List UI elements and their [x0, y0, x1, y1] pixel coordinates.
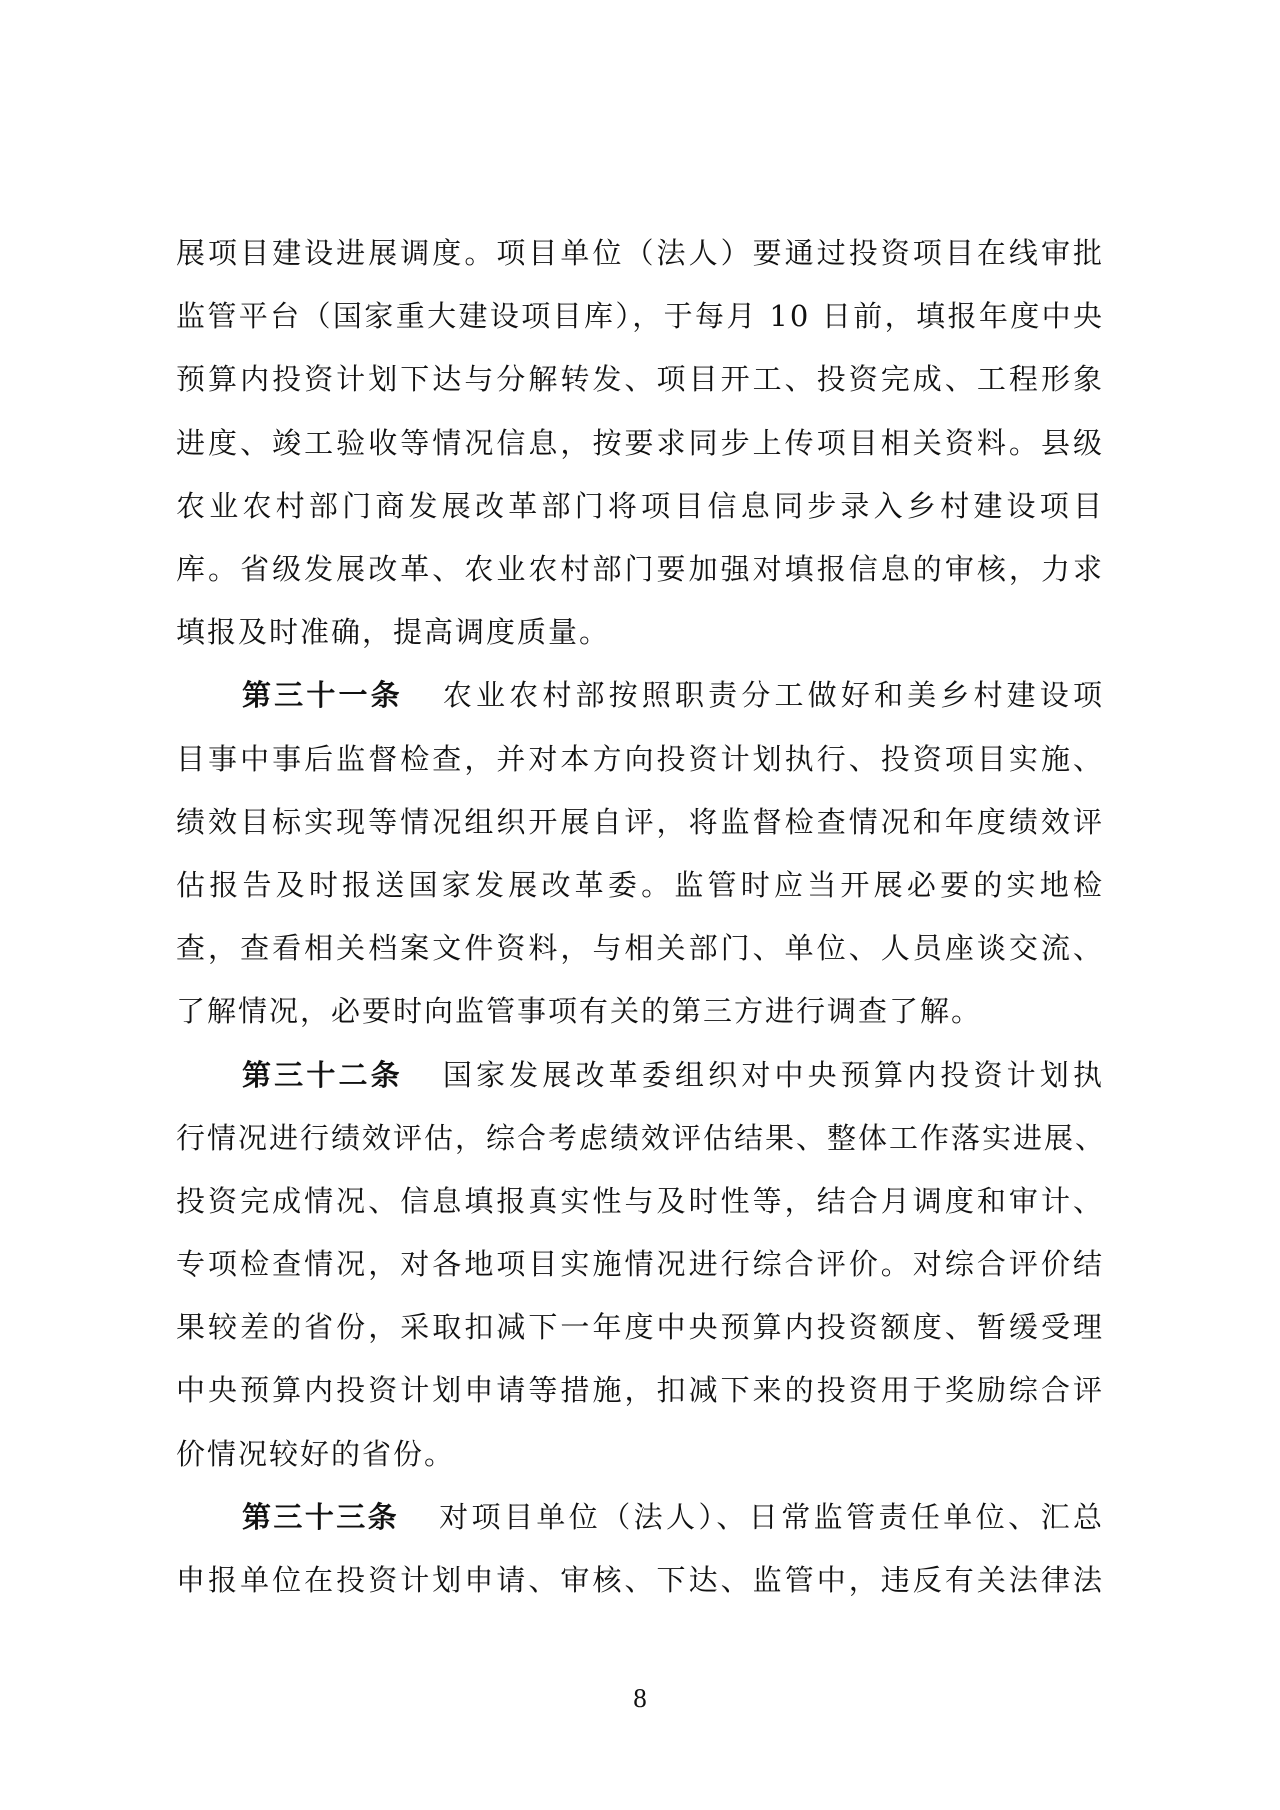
article-31-first-line: 第三十一条农业农村部按照职责分工做好和美乡村建设项 [242, 677, 1104, 713]
paragraph-line: 价情况较好的省份。 [176, 1436, 1104, 1472]
paragraph-line: 库。省级发展改革、农业农村部门要加强对填报信息的审核，力求 [176, 551, 1104, 587]
paragraph-line: 进度、竣工验收等情况信息，按要求同步上传项目相关资料。县级 [176, 425, 1104, 461]
article-text: 对项目单位（法人）、日常监管责任单位、汇总 [439, 1500, 1104, 1534]
paragraph-line: 查，查看相关档案文件资料，与相关部门、单位、人员座谈交流、 [176, 930, 1104, 966]
article-text: 农业农村部按照职责分工做好和美乡村建设项 [443, 678, 1104, 712]
paragraph-line: 中央预算内投资计划申请等措施，扣减下来的投资用于奖励综合评 [176, 1372, 1104, 1408]
page-number: 8 [620, 1682, 660, 1714]
paragraph-line: 填报及时准确，提高调度质量。 [176, 614, 1104, 650]
paragraph-line: 申报单位在投资计划申请、审核、下达、监管中，违反有关法律法 [176, 1562, 1104, 1598]
paragraph-line: 投资完成情况、信息填报真实性与及时性等，结合月调度和审计、 [176, 1183, 1104, 1219]
article-text: 国家发展改革委组织对中央预算内投资计划执 [443, 1058, 1104, 1092]
paragraph-line: 展项目建设进展调度。项目单位（法人）要通过投资项目在线审批 [176, 235, 1104, 271]
paragraph-line: 监管平台（国家重大建设项目库），于每月 10 日前，填报年度中央 [176, 298, 1104, 334]
paragraph-line: 果较差的省份，采取扣减下一年度中央预算内投资额度、暂缓受理 [176, 1309, 1104, 1345]
paragraph-line: 农业农村部门商发展改革部门将项目信息同步录入乡村建设项目 [176, 488, 1104, 524]
paragraph-line: 了解情况，必要时向监管事项有关的第三方进行调查了解。 [176, 993, 1104, 1029]
paragraph-line: 行情况进行绩效评估，综合考虑绩效评估结果、整体工作落实进展、 [176, 1120, 1104, 1156]
article-33-first-line: 第三十三条对项目单位（法人）、日常监管责任单位、汇总 [242, 1499, 1104, 1535]
paragraph-line: 估报告及时报送国家发展改革委。监管时应当开展必要的实地检 [176, 867, 1104, 903]
paragraph-line: 预算内投资计划下达与分解转发、项目开工、投资完成、工程形象 [176, 361, 1104, 397]
article-number: 第三十一条 [242, 678, 403, 712]
paragraph-line: 目事中事后监督检查，并对本方向投资计划执行、投资项目实施、 [176, 741, 1104, 777]
article-32-first-line: 第三十二条国家发展改革委组织对中央预算内投资计划执 [242, 1057, 1104, 1093]
article-number: 第三十三条 [242, 1500, 399, 1534]
paragraph-line: 专项检查情况，对各地项目实施情况进行综合评价。对综合评价结 [176, 1246, 1104, 1282]
article-number: 第三十二条 [242, 1058, 403, 1092]
paragraph-line: 绩效目标实现等情况组织开展自评，将监督检查情况和年度绩效评 [176, 804, 1104, 840]
document-page: 展项目建设进展调度。项目单位（法人）要通过投资项目在线审批 监管平台（国家重大建… [0, 0, 1280, 1810]
